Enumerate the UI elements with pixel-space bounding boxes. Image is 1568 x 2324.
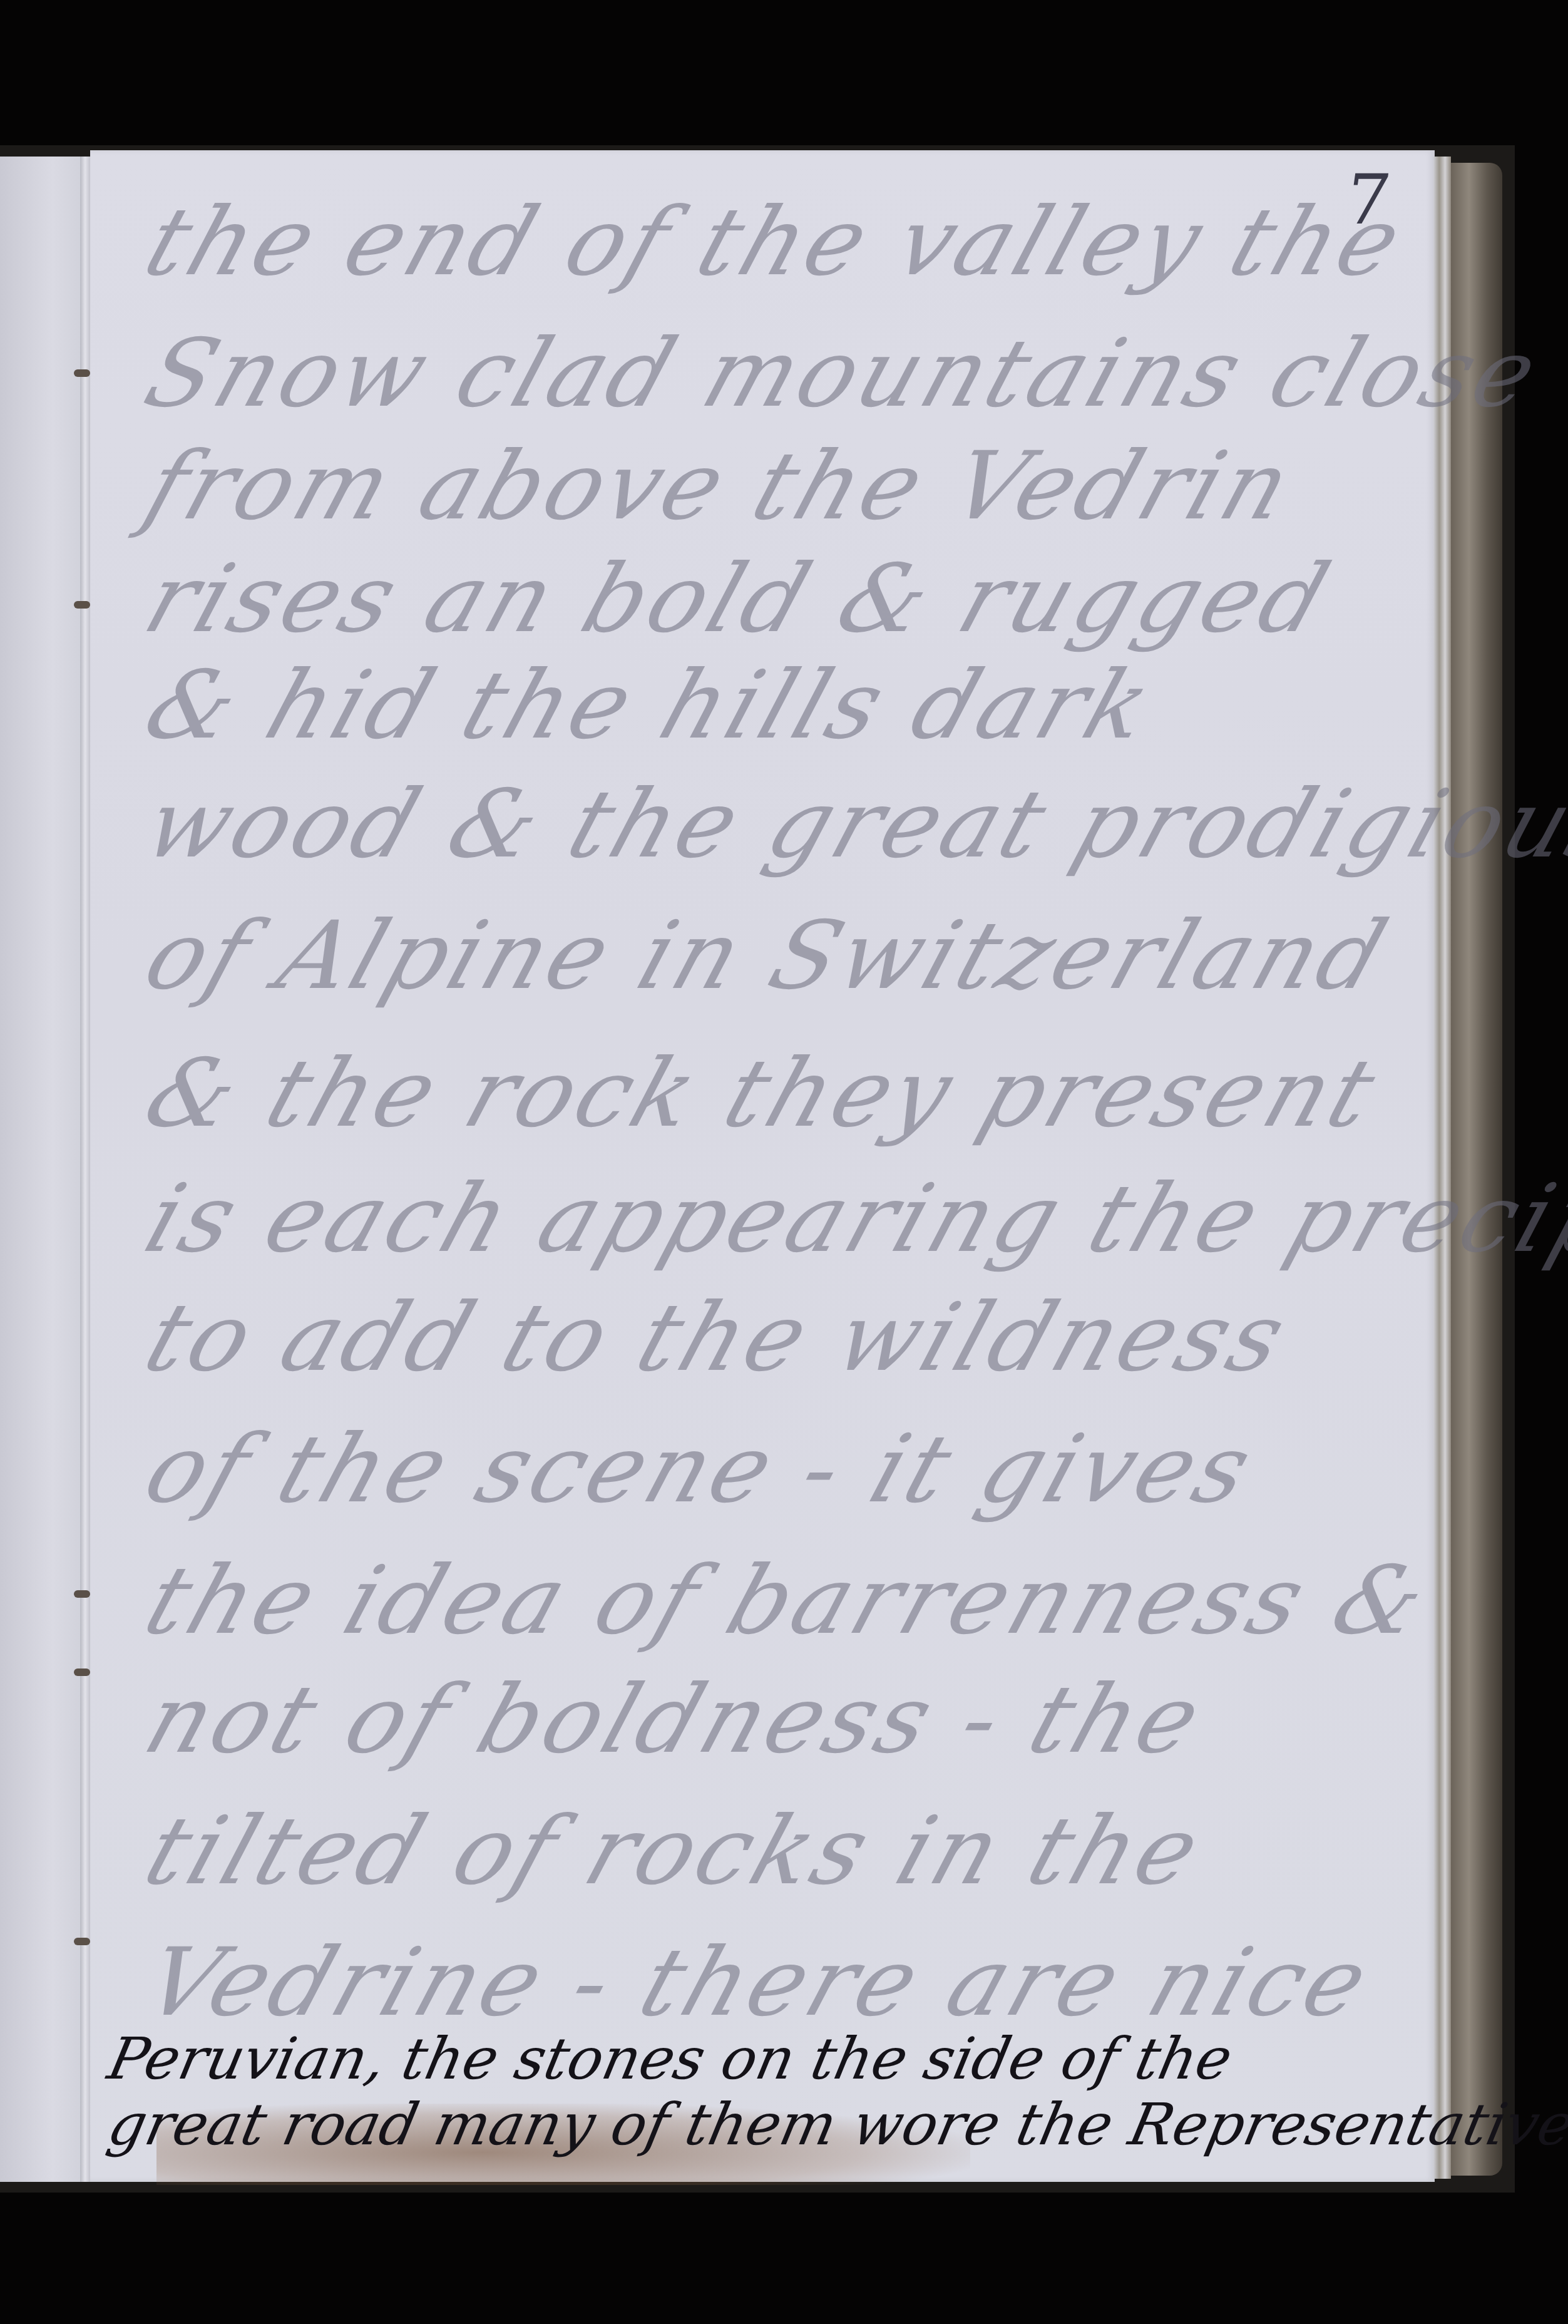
pencil-text-line: tilted of rocks in the bbox=[133, 1797, 1216, 1906]
ink-text-line: Peruvian, the stones on the side of the bbox=[103, 2025, 1238, 2092]
pencil-text-line: of the scene - it gives bbox=[133, 1415, 1268, 1524]
binding-stitch bbox=[74, 1938, 90, 1945]
left-page bbox=[0, 157, 89, 2182]
pencil-text-line: & the rock they present bbox=[133, 1039, 1391, 1148]
pencil-text-line: Vedrine - there are nice bbox=[133, 1928, 1385, 2037]
pencil-text-line: of Alpine in Switzerland bbox=[133, 902, 1403, 1010]
ink-text-line: great road many of them wore the Represe… bbox=[103, 2091, 1568, 2158]
binding-stitch bbox=[74, 1668, 90, 1676]
pencil-text-line: to add to the wildness bbox=[133, 1283, 1301, 1392]
binding-stitch bbox=[74, 601, 90, 609]
pencil-text-line: the end of the valley the bbox=[133, 188, 1418, 297]
pencil-text-line: the idea of barrenness & bbox=[133, 1546, 1442, 1655]
page-gutter bbox=[80, 157, 90, 2182]
pencil-text-line: not of boldness - the bbox=[133, 1665, 1217, 1774]
binding-stitch bbox=[74, 1590, 90, 1598]
pencil-text-line: rises an bold & rugged bbox=[133, 545, 1345, 654]
pencil-text-line: & hid the hills dark bbox=[133, 651, 1167, 760]
pencil-text-line: is each appearing the precipice bbox=[133, 1165, 1568, 1273]
pencil-text-line: wood & the great prodigious bbox=[133, 770, 1568, 879]
pencil-text-line: Snow clad mountains close bbox=[133, 319, 1554, 428]
pencil-text-line: from above the Vedrin bbox=[133, 432, 1307, 541]
binding-stitch bbox=[74, 369, 90, 377]
